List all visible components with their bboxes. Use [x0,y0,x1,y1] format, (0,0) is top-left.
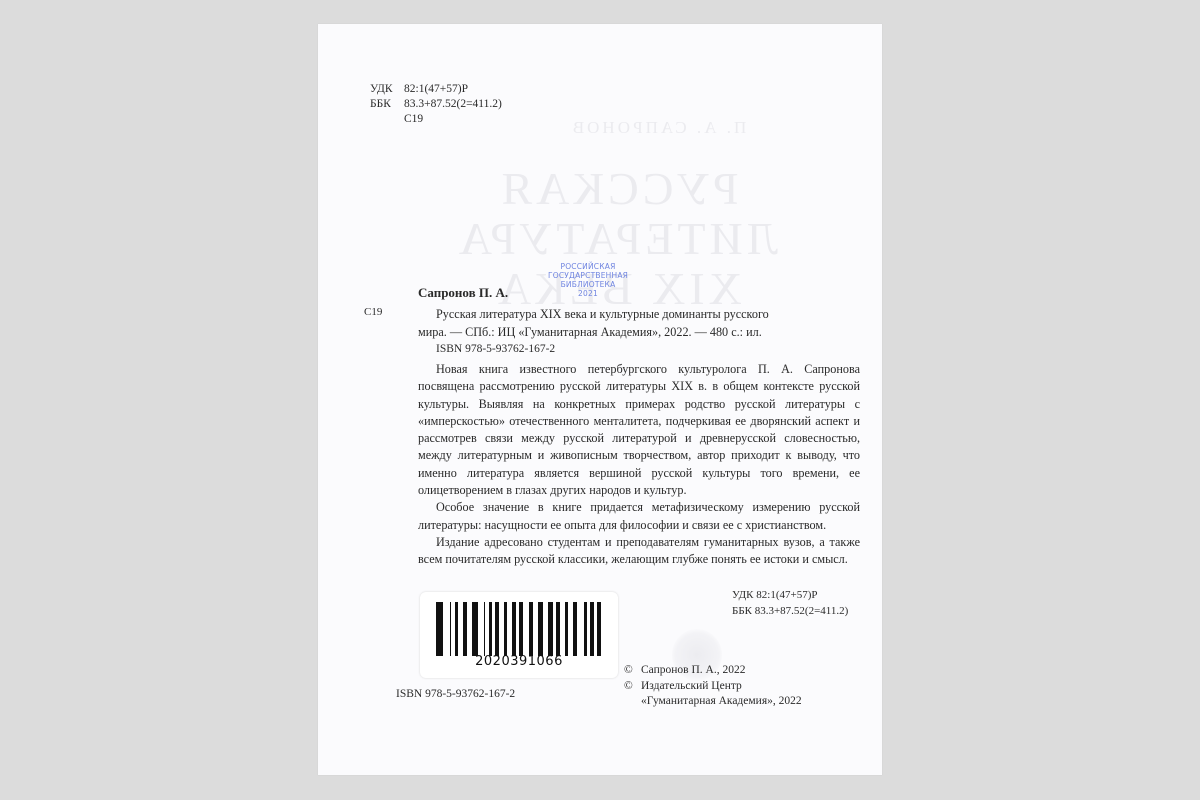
show-through-title-line: РУССКАЯ [458,164,778,214]
stamp-line: 2021 [543,289,633,298]
annotation-paragraph: Особое значение в книге придается метафи… [418,499,860,534]
record-author: Сапронов П. А. [418,285,508,301]
barcode-number: 2020391066 [420,654,618,669]
stamp-line: ГОСУДАРСТВЕННАЯ [543,271,633,280]
library-stamp: РОССИЙСКАЯ ГОСУДАРСТВЕННАЯ БИБЛИОТЕКА 20… [543,262,633,298]
stamp-line: БИБЛИОТЕКА [543,280,633,289]
copyright-icon: © [624,663,641,679]
classification-bottom: УДК 82:1(47+57)Р ББК 83.3+87.52(2=411.2) [732,587,848,619]
copyright-icon: © [624,679,641,695]
isbn-bottom: ISBN 978-5-93762-167-2 [396,688,515,700]
udk-bottom: УДК 82:1(47+57)Р [732,587,848,603]
record-line: Русская литература XIX века и культурные… [418,305,860,323]
copyright-block: ©Сапронов П. А., 2022 ©Издательский Цент… [624,663,802,710]
udk-label: УДК [370,82,404,97]
author-mark: С19 [404,112,423,127]
book-page: УДК82:1(47+57)Р ББК83.3+87.52(2=411.2) С… [318,24,882,775]
stamp-line: РОССИЙСКАЯ [543,262,633,271]
copyright-line: «Гуманитарная Академия», 2022 [641,694,802,710]
show-through-title-line: ЛИТЕРАТУРА [458,214,778,264]
barcode-bars [436,602,606,656]
udk-value: 82:1(47+57)Р [404,82,468,97]
copyright-line: Издательский Центр [641,679,742,695]
record-line: мира. — СПб.: ИЦ «Гуманитарная Академия»… [418,323,860,341]
record-isbn: ISBN 978-5-93762-167-2 [436,343,555,355]
record-description: Русская литература XIX века и культурные… [418,305,860,341]
barcode-sticker: 2020391066 [420,592,618,678]
classification-top: УДК82:1(47+57)Р ББК83.3+87.52(2=411.2) С… [370,82,502,127]
bbk-bottom: ББК 83.3+87.52(2=411.2) [732,603,848,619]
annotation: Новая книга известного петербургского ку… [418,361,860,569]
copyright-line: Сапронов П. А., 2022 [641,663,745,679]
bbk-label: ББК [370,97,404,112]
record-code: С19 [364,306,382,318]
annotation-paragraph: Издание адресовано студентам и преподава… [418,534,860,569]
annotation-paragraph: Новая книга известного петербургского ку… [418,361,860,499]
show-through-author: П. А. САПРОНОВ [558,118,758,138]
bbk-value: 83.3+87.52(2=411.2) [404,97,502,112]
